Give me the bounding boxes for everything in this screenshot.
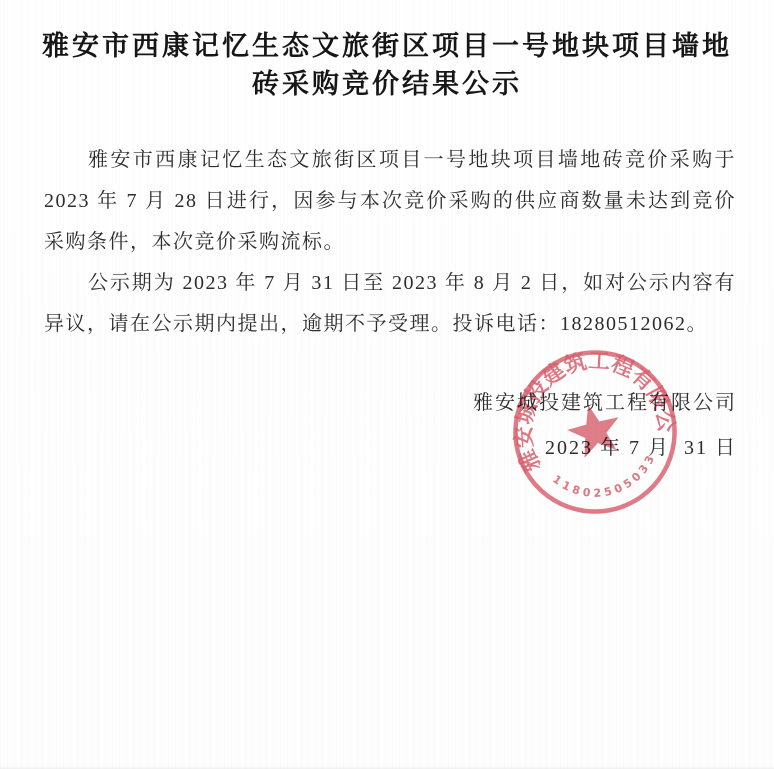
signature-company-name: 雅安城投建筑工程有限公司 (473, 383, 737, 424)
page-title: 雅安市西康记忆生态文旅街区项目一号地块项目墙地 砖采购竞价结果公示 (37, 0, 737, 103)
document-page: 雅安市西康记忆生态文旅街区项目一号地块项目墙地 砖采购竞价结果公示 雅安市西康记… (0, 0, 774, 769)
body-paragraph-1: 雅安市西康记忆生态文旅街区项目一号地块项目墙地砖竞价采购于 2023 年 7 月… (44, 140, 736, 263)
title-line-1: 雅安市西康记忆生态文旅街区项目一号地块项目墙地 (37, 27, 737, 65)
signature-date: 2023 年 7 月 31 日 (473, 428, 737, 469)
body-paragraph-2: 公示期为 2023 年 7 月 31 日至 2023 年 8 月 2 日，如对公… (44, 263, 736, 345)
title-line-2: 砖采购竞价结果公示 (37, 65, 737, 103)
announcement-body: 雅安市西康记忆生态文旅街区项目一号地块项目墙地砖竞价采购于 2023 年 7 月… (44, 140, 736, 345)
signature-block: 雅安城投建筑工程有限公司 2023 年 7 月 31 日 (473, 383, 737, 469)
